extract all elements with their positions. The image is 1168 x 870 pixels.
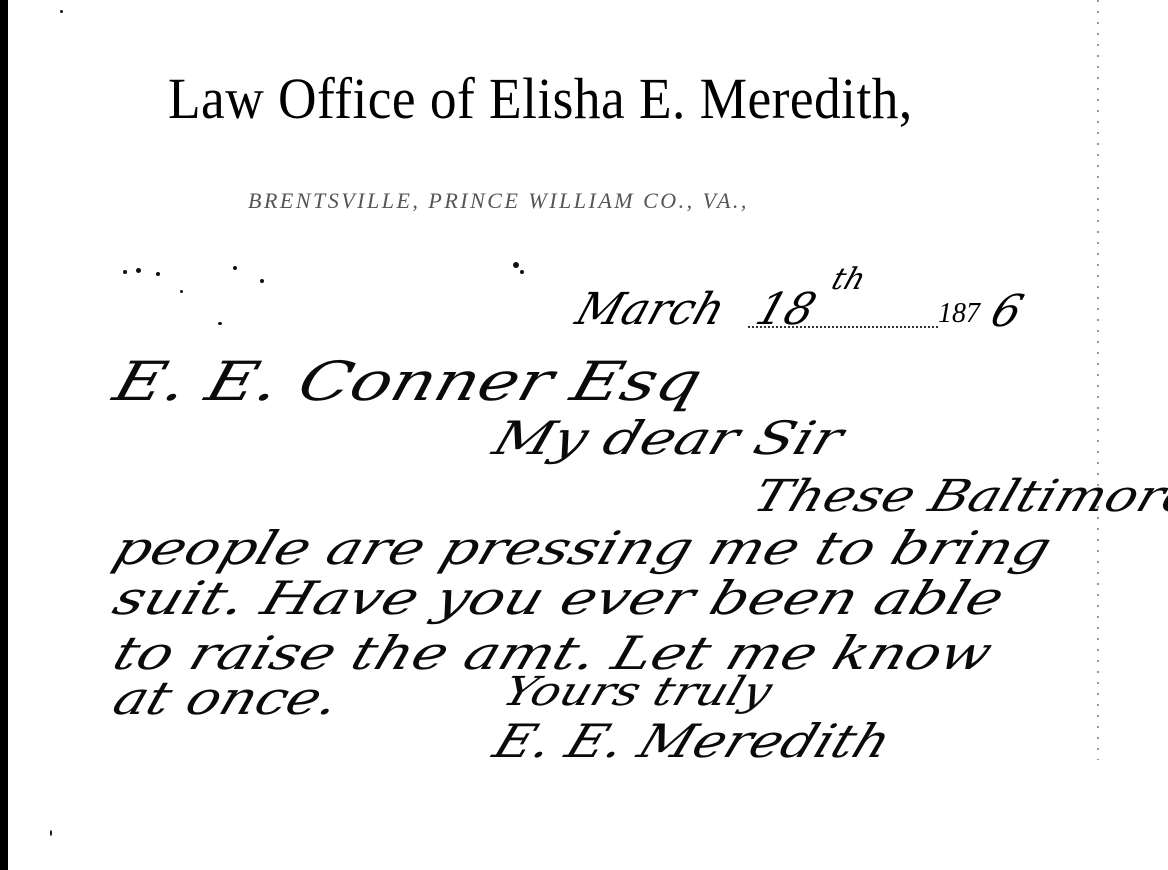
scan-speck: [136, 268, 141, 273]
scan-speck: [520, 270, 524, 274]
scan-speck: [50, 830, 52, 836]
date-line: March 18 th 187 6: [568, 268, 1038, 338]
date-dotted-rule: [748, 326, 938, 328]
scan-speck: [156, 272, 160, 276]
closing: Yours truly: [498, 672, 777, 712]
letterhead-address: BRENTSVILLE, PRINCE WILLIAM CO., VA.,: [248, 188, 749, 214]
body-line-5: at once.: [108, 675, 346, 721]
body-line-1: These Baltimore: [748, 475, 1168, 519]
letterhead-title: Law Office of Elisha E. Meredith,: [168, 70, 950, 128]
scan-left-border: [0, 0, 8, 870]
scan-speck: [60, 10, 63, 13]
salutation: My dear Sir: [488, 415, 849, 461]
date-year-handwritten: 6: [985, 286, 1030, 337]
recipient-line: E. E. Conner Esq: [108, 355, 708, 409]
scan-speck: [218, 322, 222, 325]
scan-speck: [180, 290, 183, 293]
scan-speck: [513, 262, 519, 268]
scan-speck: [123, 270, 127, 274]
date-month: March: [570, 284, 732, 335]
date-year-printed: 187: [938, 298, 980, 330]
letter-page: Law Office of Elisha E. Meredith, BRENTS…: [8, 0, 1168, 870]
body-line-3: suit. Have you ever been able: [108, 575, 1010, 621]
date-day-suffix: th: [827, 262, 870, 297]
scan-speck: [260, 279, 264, 283]
body-line-2: people are pressing me to bring: [108, 525, 1057, 571]
scan-speck: [233, 266, 237, 270]
signature: E. E. Meredith: [488, 718, 897, 764]
